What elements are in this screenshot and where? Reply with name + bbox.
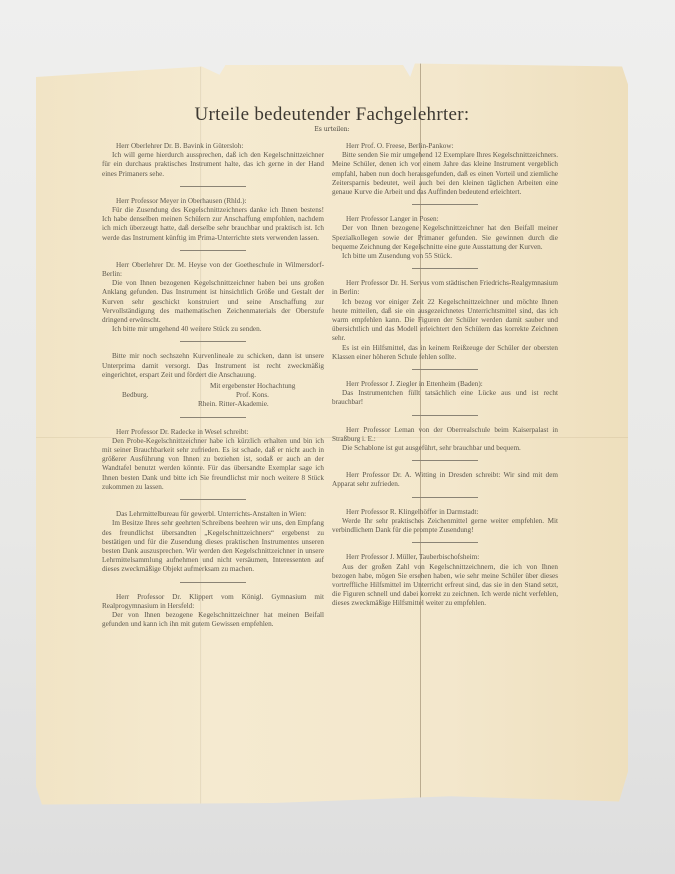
signature-closing: Mit ergebenster Hochachtung — [102, 382, 324, 391]
testimonial-entry: Herr Professor Dr. Radecke in Wesel schr… — [102, 428, 324, 492]
testimonial-entry: Herr Oberlehrer Dr. B. Bavink in Gütersl… — [102, 142, 324, 179]
testimonial-entry: Herr Oberlehrer Dr. M. Heyse von der Goe… — [102, 261, 324, 335]
testimonial-text: Für die Zusendung des Kegelschnittzeichn… — [102, 206, 324, 243]
signature-institution: Rhein. Ritter-Akademie. — [102, 400, 324, 409]
testimonial-entry: Herr Professor Dr. Klippert vom Königl. … — [102, 593, 324, 630]
right-column: Herr Prof. O. Freese, Berlin-Pankow:Bitt… — [332, 142, 558, 615]
testimonial-entry: Das Lehrmittelbureau für gewerbl. Unterr… — [102, 510, 324, 574]
testimonial-text: Der von Ihnen bezogene Kegelschnittzeich… — [332, 224, 558, 252]
signature-block: Mit ergebenster HochachtungBedburg.Prof.… — [102, 382, 324, 410]
signature-place: Bedburg. — [102, 391, 222, 400]
testimonial-author: Herr Professor Dr. Klippert vom Königl. … — [102, 593, 324, 611]
testimonial-author: Herr Professor Meyer in Oberhausen (Rhld… — [102, 197, 324, 206]
separator-rule — [412, 369, 478, 370]
document-title: Urteile bedeutender Fachgelehrter: — [36, 104, 628, 126]
separator-rule — [180, 186, 246, 187]
testimonial-author: Herr Professor J. Ziegler in Ettenheim (… — [332, 380, 558, 389]
separator-rule — [180, 417, 246, 418]
testimonial-entry: Herr Professor Dr. H. Servus vom städtis… — [332, 279, 558, 362]
testimonial-author: Das Lehrmittelbureau für gewerbl. Unterr… — [102, 510, 324, 519]
testimonial-text: Die von Ihnen bezogenen Kegelschnittzeic… — [102, 279, 324, 325]
separator-rule — [412, 268, 478, 269]
separator-rule — [180, 499, 246, 500]
testimonial-entry: Herr Professor R. Klingelhöffer in Darms… — [332, 508, 558, 536]
testimonial-author: Herr Prof. O. Freese, Berlin-Pankow: — [332, 142, 558, 151]
testimonial-author: Herr Professor Dr. A. Witting in Dresden… — [332, 471, 558, 489]
separator-rule — [412, 204, 478, 205]
testimonial-text: Bitte mir noch sechszehn Kurvenlineale z… — [102, 352, 324, 380]
testimonial-text: Werde Ihr sehr praktisches Zeichenmittel… — [332, 517, 558, 535]
testimonial-author: Herr Professor J. Müller, Tauberbischofs… — [332, 553, 558, 562]
signature-name: Prof. Kons. — [222, 391, 269, 400]
testimonial-entry: Herr Professor Langer in Posen:Der von I… — [332, 215, 558, 261]
document-content: Urteile bedeutender Fachgelehrter: Es ur… — [36, 62, 628, 809]
testimonial-author: Herr Oberlehrer Dr. B. Bavink in Gütersl… — [102, 142, 324, 151]
testimonial-text: Den Probe-Kegelschnittzeichner habe ich … — [102, 437, 324, 492]
testimonial-text: Ich bezog vor einiger Zeit 22 Kegelschni… — [332, 298, 558, 344]
testimonial-text: Im Besitze Ihres sehr geehrten Schreiben… — [102, 519, 324, 574]
testimonial-entry: Herr Professor J. Ziegler in Ettenheim (… — [332, 380, 558, 408]
testimonial-text: Die Schablone ist gut ausgeführt, sehr b… — [332, 444, 558, 453]
testimonial-author: Herr Oberlehrer Dr. M. Heyse von der Goe… — [102, 261, 324, 279]
testimonial-author: Herr Professor Leman von der Oberrealsch… — [332, 426, 558, 444]
document-subtitle: Es urteilen: — [36, 126, 628, 133]
testimonial-author: Herr Professor Langer in Posen: — [332, 215, 558, 224]
testimonial-entry: Bitte mir noch sechszehn Kurvenlineale z… — [102, 352, 324, 409]
testimonial-author: Herr Professor Dr. Radecke in Wesel schr… — [102, 428, 324, 437]
separator-rule — [180, 341, 246, 342]
testimonial-author: Herr Professor Dr. H. Servus vom städtis… — [332, 279, 558, 297]
testimonial-text: Ich will gerne hierdurch aussprechen, da… — [102, 151, 324, 179]
testimonial-entry: Herr Professor Dr. A. Witting in Dresden… — [332, 471, 558, 489]
separator-rule — [412, 415, 478, 416]
testimonial-text: Der von Ihnen bezogene Kegelschnittzeich… — [102, 611, 324, 629]
testimonial-entry: Herr Professor Leman von der Oberrealsch… — [332, 426, 558, 454]
testimonial-text: Bitte senden Sie mir umgehend 12 Exempla… — [332, 151, 558, 197]
separator-rule — [180, 250, 246, 251]
testimonial-entry: Herr Professor Meyer in Oberhausen (Rhld… — [102, 197, 324, 243]
testimonial-text: Das Instrumentchen füllt tatsächlich ein… — [332, 389, 558, 407]
testimonial-text: Aus der großen Zahl von Kegelschnittzeic… — [332, 563, 558, 609]
separator-rule — [180, 582, 246, 583]
testimonial-text-extra: Ich bitte mir umgehend 40 weitere Stück … — [102, 325, 324, 334]
separator-rule — [412, 460, 478, 461]
left-column: Herr Oberlehrer Dr. B. Bavink in Gütersl… — [102, 142, 324, 635]
testimonial-text-extra: Es ist ein Hilfsmittel, das in keinem Re… — [332, 344, 558, 362]
separator-rule — [412, 497, 478, 498]
testimonial-text-extra: Ich bitte um Zusendung von 55 Stück. — [332, 252, 558, 261]
testimonial-entry: Herr Professor J. Müller, Tauberbischofs… — [332, 553, 558, 608]
separator-rule — [412, 542, 478, 543]
testimonial-author: Herr Professor R. Klingelhöffer in Darms… — [332, 508, 558, 517]
testimonial-entry: Herr Prof. O. Freese, Berlin-Pankow:Bitt… — [332, 142, 558, 197]
signature-line: Bedburg.Prof. Kons. — [102, 391, 324, 400]
